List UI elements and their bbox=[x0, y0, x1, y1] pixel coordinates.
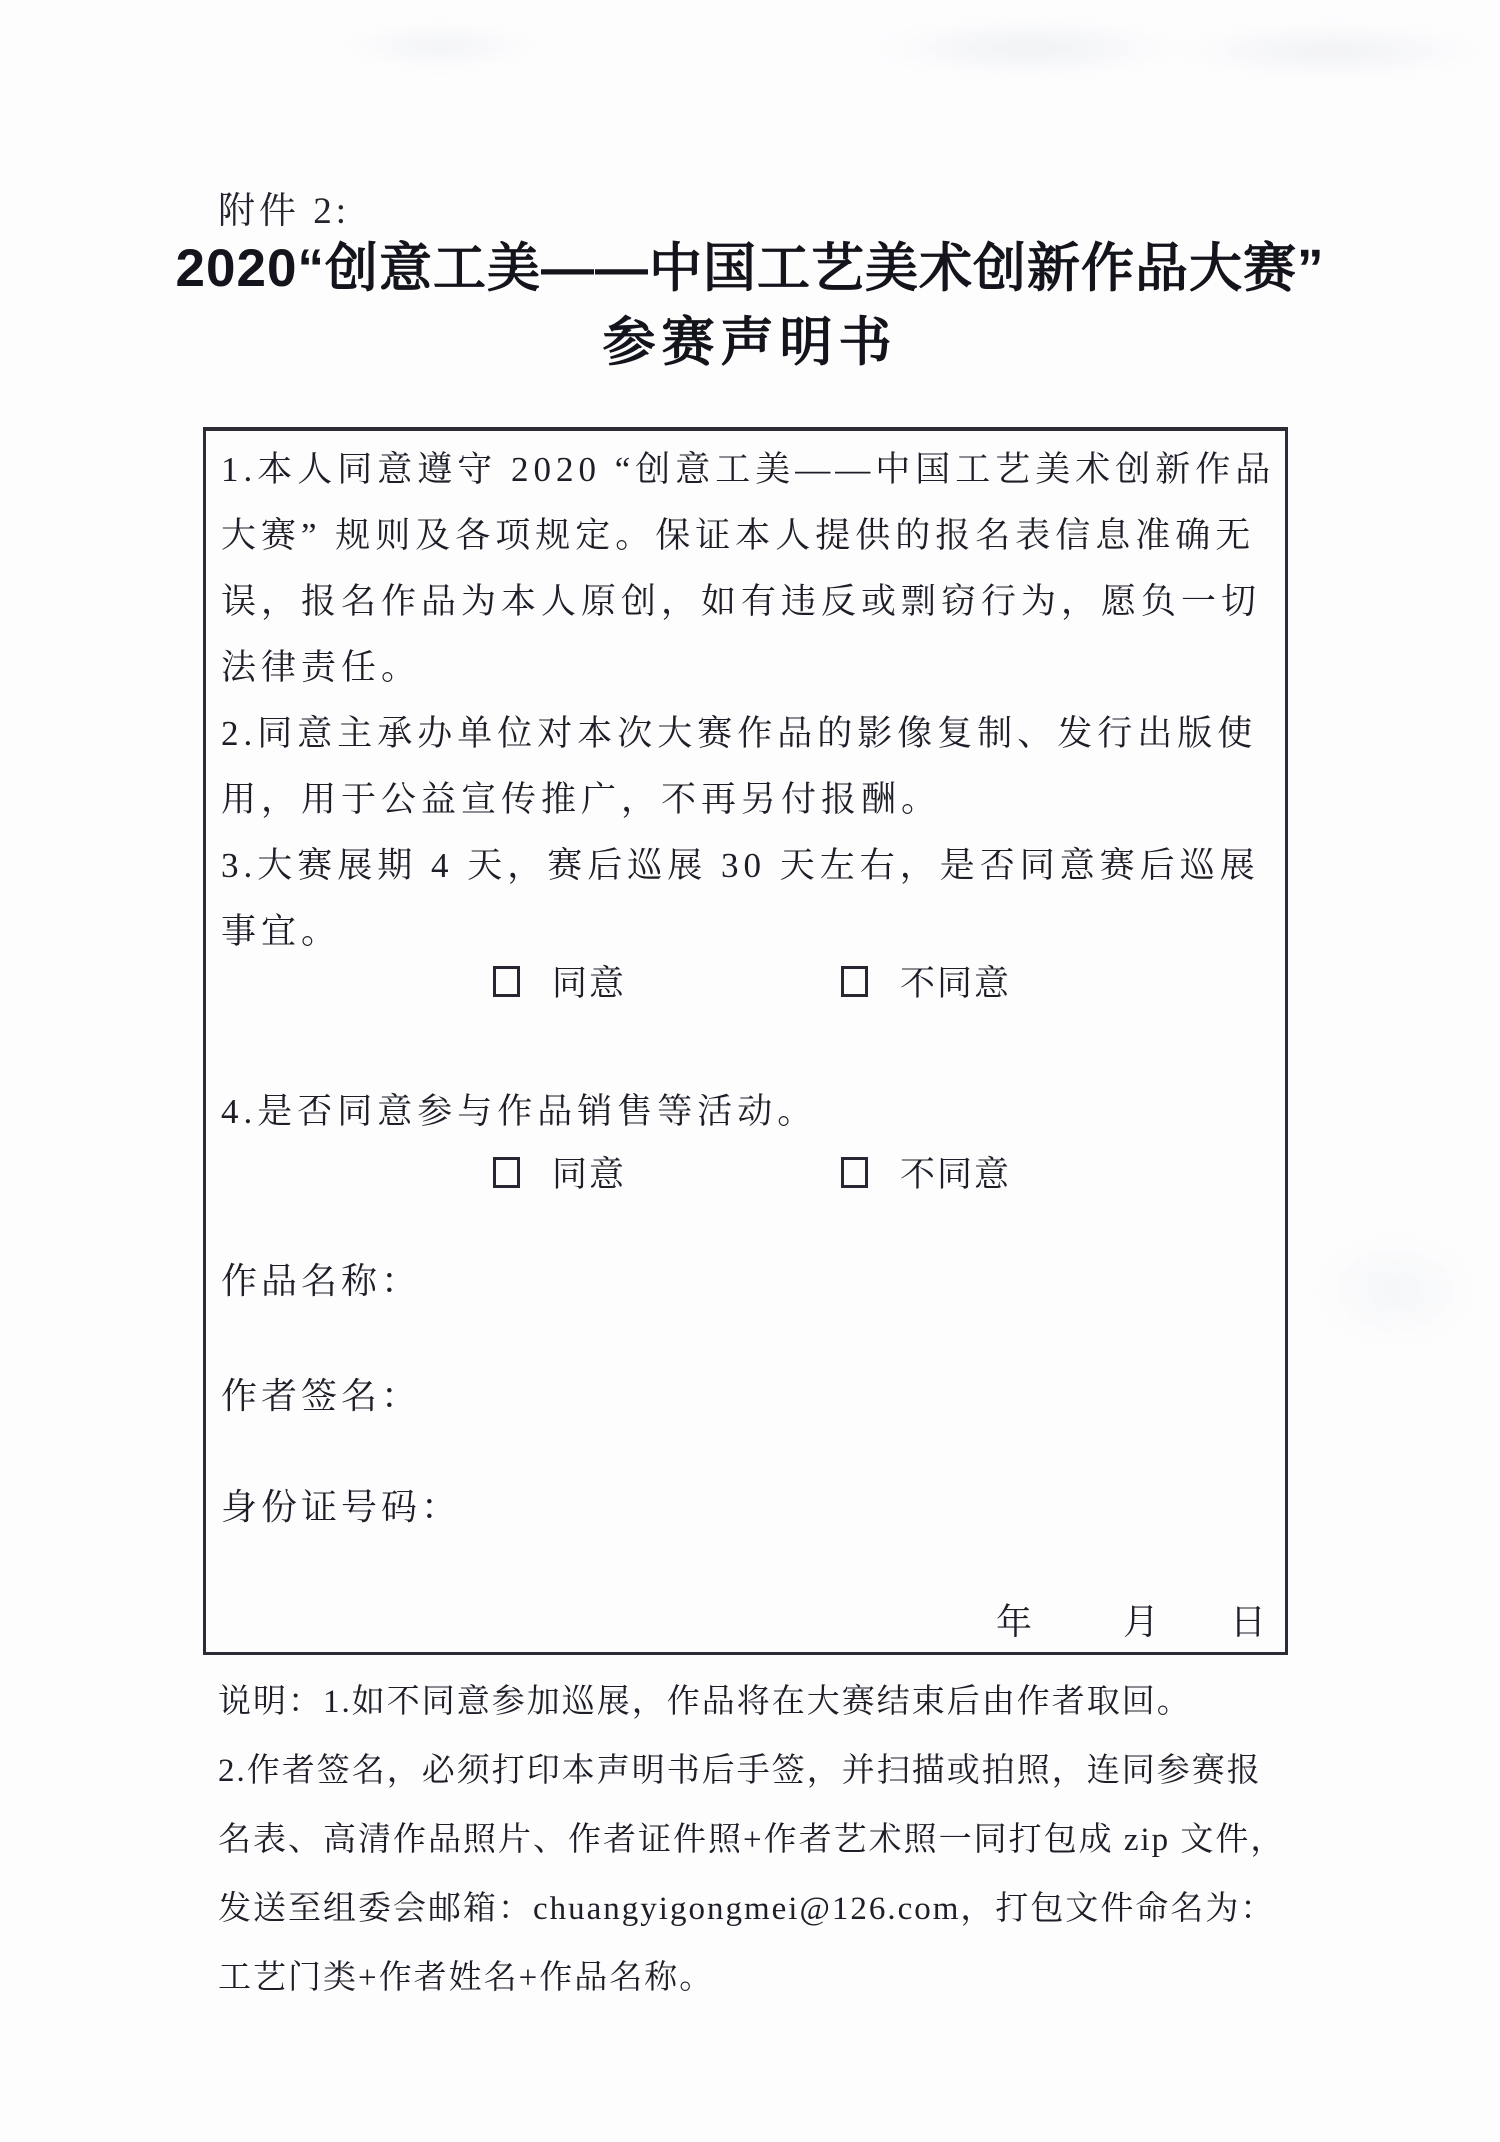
note-line-4: 发送至组委会邮箱：chuangyigongmei@126.com，打包文件命名为… bbox=[218, 1875, 1338, 1944]
scan-artifact bbox=[1170, 22, 1490, 80]
document-title-line2: 参赛声明书 bbox=[0, 300, 1500, 376]
sales-choice-row: 同意 不同意 bbox=[206, 1147, 1285, 1193]
author-signature-field-label: 作者签名： bbox=[221, 1374, 421, 1418]
work-title-field-label: 作品名称： bbox=[221, 1259, 421, 1303]
scan-artifact bbox=[1310, 1230, 1480, 1350]
tour-disagree-option: 不同意 bbox=[841, 956, 1011, 1006]
clause2-line1: 2.同意主承办单位对本次大赛作品的影像复制、发行出版使 bbox=[221, 712, 1257, 756]
clause2-line2: 用，用于公益宣传推广，不再另付报酬。 bbox=[221, 778, 941, 822]
declaration-box: 1.本人同意遵守 2020 “创意工美——中国工艺美术创新作品 大赛” 规则及各… bbox=[203, 427, 1288, 1655]
tour-agree-label: 同意 bbox=[552, 956, 626, 1006]
tour-agree-option: 同意 bbox=[493, 956, 626, 1006]
clause1-line2: 大赛” 规则及各项规定。保证本人提供的报名表信息准确无 bbox=[221, 514, 1255, 558]
clause1-line1: 1.本人同意遵守 2020 “创意工美——中国工艺美术创新作品 bbox=[221, 448, 1275, 492]
document-title-line1: 2020“创意工美——中国工艺美术创新作品大赛” bbox=[0, 226, 1500, 302]
clause3-line2: 事宜。 bbox=[221, 910, 341, 954]
scan-artifact bbox=[340, 22, 540, 70]
sales-disagree-checkbox[interactable] bbox=[841, 1157, 868, 1188]
clause1-line4: 法律责任。 bbox=[221, 646, 421, 690]
sales-agree-checkbox[interactable] bbox=[493, 1157, 520, 1188]
id-number-field-label: 身份证号码： bbox=[221, 1485, 461, 1529]
sales-disagree-label: 不同意 bbox=[900, 1147, 1011, 1197]
note-line-5: 工艺门类+作者姓名+作品名称。 bbox=[218, 1944, 1338, 2013]
notes-section: 说明：1.如不同意参加巡展，作品将在大赛结束后由作者取回。 2.作者签名，必须打… bbox=[218, 1668, 1338, 2013]
note-line-1: 说明：1.如不同意参加巡展，作品将在大赛结束后由作者取回。 bbox=[218, 1668, 1338, 1737]
tour-disagree-label: 不同意 bbox=[900, 956, 1011, 1006]
clause1-line3: 误，报名作品为本人原创，如有违反或剽窃行为，愿负一切 bbox=[221, 580, 1261, 624]
scan-artifact bbox=[870, 18, 1190, 78]
sales-disagree-option: 不同意 bbox=[841, 1147, 1011, 1197]
date-year-label: 年 bbox=[996, 1600, 1032, 1644]
tour-disagree-checkbox[interactable] bbox=[841, 966, 868, 997]
clause3-line1: 3.大赛展期 4 天，赛后巡展 30 天左右，是否同意赛后巡展 bbox=[221, 844, 1260, 888]
date-line: 年 月 日 bbox=[206, 1600, 1285, 1644]
tour-agree-checkbox[interactable] bbox=[493, 966, 520, 997]
note-line-2: 2.作者签名，必须打印本声明书后手签，并扫描或拍照，连同参赛报 bbox=[218, 1737, 1338, 1806]
note-line-3: 名表、高清作品照片、作者证件照+作者艺术照一同打包成 zip 文件， bbox=[218, 1806, 1338, 1875]
clause4-line: 4.是否同意参与作品销售等活动。 bbox=[221, 1090, 817, 1134]
sales-agree-label: 同意 bbox=[552, 1147, 626, 1197]
tour-choice-row: 同意 不同意 bbox=[206, 956, 1285, 1002]
sales-agree-option: 同意 bbox=[493, 1147, 626, 1197]
date-day-label: 日 bbox=[1230, 1600, 1266, 1644]
date-month-label: 月 bbox=[1123, 1600, 1159, 1644]
